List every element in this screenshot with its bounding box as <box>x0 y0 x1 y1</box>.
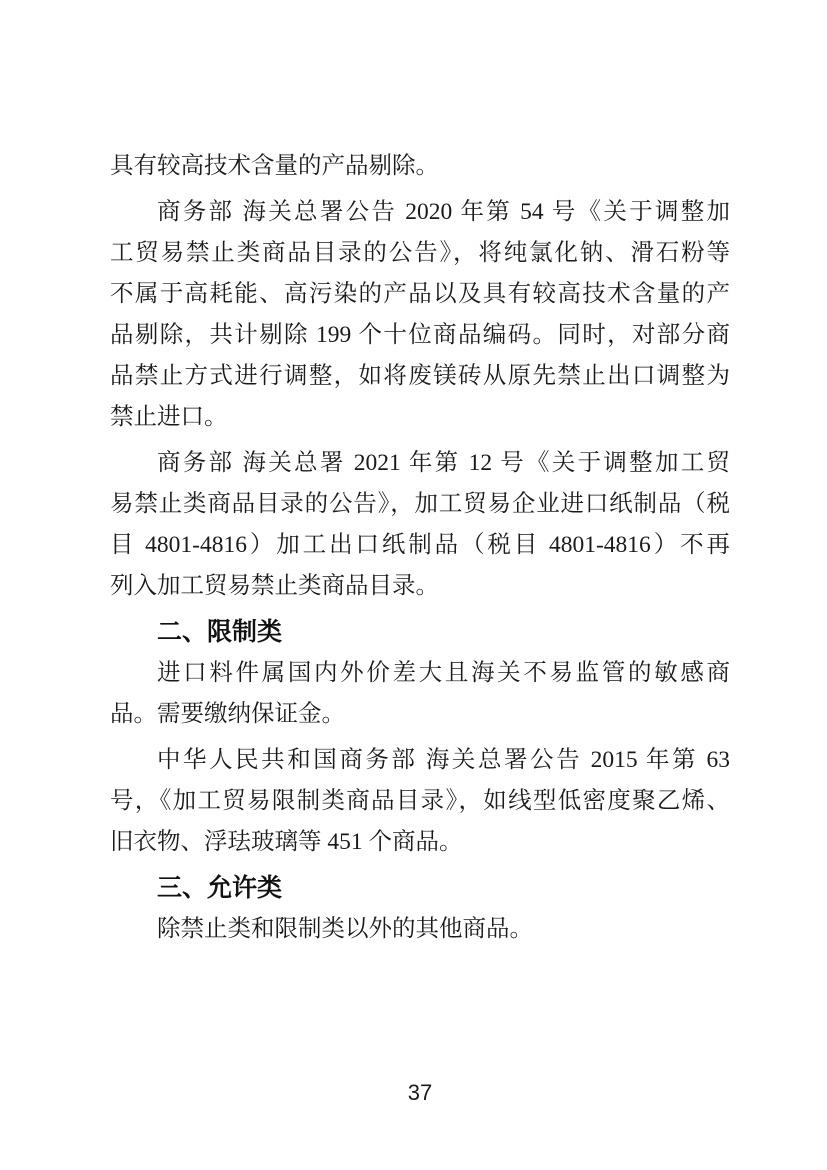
text-line: 商务部 海关总署 2021 年第 12 号《关于调整加工贸 <box>110 443 730 484</box>
text-line: 不属于高耗能、高污染的产品以及具有较高技术含量的产 <box>110 274 730 315</box>
text-line: 目 4801-4816）加工出口纸制品（税目 4801-4816）不再 <box>110 525 730 566</box>
section-heading: 三、允许类 <box>110 868 730 909</box>
text-line: 品禁止方式进行调整，如将废镁砖从原先禁止出口调整为 <box>110 356 730 397</box>
text-line: 品。需要缴纳保证金。 <box>110 694 730 735</box>
text-line: 旧衣物、浮珐玻璃等 451 个商品。 <box>110 822 730 863</box>
text-line: 易禁止类商品目录的公告》，加工贸易企业进口纸制品（税 <box>110 484 730 525</box>
section-heading: 二、限制类 <box>110 612 730 653</box>
text-line: 号，《加工贸易限制类商品目录》，如线型低密度聚乙烯、 <box>110 781 730 822</box>
text-line: 列入加工贸易禁止类商品目录。 <box>110 566 730 607</box>
text-line: 禁止进口。 <box>110 397 730 438</box>
text-block: 具有较高技术含量的产品剔除。商务部 海关总署公告 2020 年第 54 号《关于… <box>110 146 730 950</box>
text-line: 工贸易禁止类商品目录的公告》，将纯氯化钠、滑石粉等 <box>110 233 730 274</box>
text-line: 商务部 海关总署公告 2020 年第 54 号《关于调整加 <box>110 192 730 233</box>
text-line: 进口料件属国内外价差大且海关不易监管的敏感商 <box>110 653 730 694</box>
document-page: 具有较高技术含量的产品剔除。商务部 海关总署公告 2020 年第 54 号《关于… <box>0 0 827 1170</box>
text-line: 具有较高技术含量的产品剔除。 <box>110 146 730 187</box>
page-number: 37 <box>110 1080 730 1106</box>
text-line: 除禁止类和限制类以外的其他商品。 <box>110 909 730 950</box>
text-line: 中华人民共和国商务部 海关总署公告 2015 年第 63 <box>110 740 730 781</box>
text-line: 品剔除，共计剔除 199 个十位商品编码。同时，对部分商 <box>110 315 730 356</box>
